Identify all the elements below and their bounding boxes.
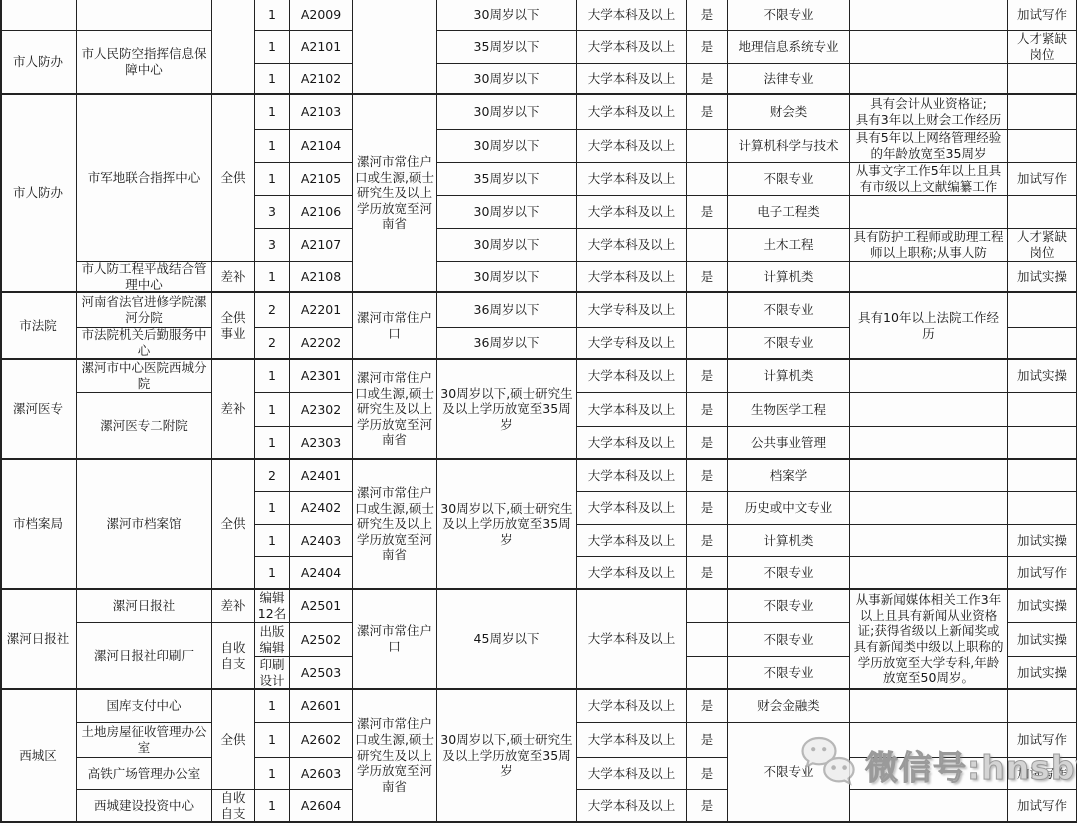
cell-flag: 是 <box>687 95 728 130</box>
cell-code: A2102 <box>290 64 353 95</box>
cell-flag: 是 <box>687 64 728 95</box>
cell-education: 大学本科及以上 <box>577 393 687 427</box>
cell-requirements <box>850 690 1008 723</box>
cell-unit: 市人防工程平战结合管理中心 <box>77 262 212 293</box>
cell-age: 30周岁以下,硕士研究生及以上学历放宽至35周岁 <box>437 360 577 460</box>
cell-household: 漯河市常住户口或生源,硕士研究生及以上学历放宽至河南省 <box>353 95 437 293</box>
cell-note: 加试写作 <box>1008 790 1077 823</box>
cell-unit: 漯河医专二附院 <box>77 393 212 460</box>
cell-requirements: 具有会计从业资格证; 具有3年以上财会工作经历 <box>850 95 1008 130</box>
cell-flag <box>687 229 728 262</box>
cell-requirements <box>850 31 1008 64</box>
cell-code: A2503 <box>290 657 353 690</box>
cell-major: 法律专业 <box>728 64 850 95</box>
cell-major: 土木工程 <box>728 229 850 262</box>
cell-note: 人才紧缺 岗位 <box>1008 229 1077 262</box>
recruitment-table-screenshot: 市人防办市人防办市法院漯河医专市档案局漯河日报社西城区市人民防空指挥信息保障中心… <box>0 0 1077 826</box>
cell-household <box>353 0 437 95</box>
cell-code: A2403 <box>290 525 353 557</box>
cell-education: 大学本科及以上 <box>577 590 687 690</box>
cell-education: 大学本科及以上 <box>577 723 687 758</box>
cell-requirements: 具有防护工程师或助理工程师以上职称;从事人防 <box>850 229 1008 262</box>
cell-code: A2107 <box>290 229 353 262</box>
cell-flag <box>687 623 728 657</box>
cell-age: 30周岁以下 <box>437 262 577 293</box>
cell-count: 2 <box>255 460 290 492</box>
cell-unit: 高铁广场管理办公室 <box>77 758 212 790</box>
cell-funding: 全供 <box>212 460 255 590</box>
cell-unit: 漯河日报社 <box>77 590 212 623</box>
cell-age: 36周岁以下 <box>437 328 577 360</box>
cell-unit: 市人民防空指挥信息保障中心 <box>77 31 212 95</box>
cell-requirements <box>850 790 1008 823</box>
cell-education: 大学本科及以上 <box>577 130 687 163</box>
cell-major: 公共事业管理 <box>728 427 850 460</box>
cell-major: 计算机类 <box>728 525 850 557</box>
cell-education: 大学本科及以上 <box>577 557 687 590</box>
cell-major: 财会类 <box>728 95 850 130</box>
cell-department: 市法院 <box>0 293 77 360</box>
cell-education: 大学本科及以上 <box>577 31 687 64</box>
cell-department: 西城区 <box>0 690 77 823</box>
cell-funding: 全供 <box>212 95 255 262</box>
cell-age: 30周岁以下,硕士研究生及以上学历放宽至35周岁 <box>437 460 577 590</box>
cell-flag: 是 <box>687 557 728 590</box>
cell-code: A2101 <box>290 31 353 64</box>
cell-note <box>1008 95 1077 130</box>
cell-funding: 差补 <box>212 262 255 293</box>
cell-note: 加试实操 <box>1008 360 1077 393</box>
cell-major: 不限专业 <box>728 163 850 196</box>
cell-count: 1 <box>255 130 290 163</box>
cell-requirements <box>850 492 1008 525</box>
cell-major: 不限专业 <box>728 328 850 360</box>
cell-major: 计算机类 <box>728 262 850 293</box>
cell-household: 漯河市常住户口或生源,硕士研究生及以上学历放宽至河南省 <box>353 690 437 823</box>
cell-flag <box>687 590 728 623</box>
cell-flag: 是 <box>687 758 728 790</box>
cell-major: 计算机科学与技术 <box>728 130 850 163</box>
cell-unit: 西城建设投资中心 <box>77 790 212 823</box>
cell-flag: 是 <box>687 525 728 557</box>
cell-count: 1 <box>255 0 290 31</box>
cell-major: 不限专业 <box>728 623 850 657</box>
cell-education: 大学本科及以上 <box>577 64 687 95</box>
cell-education: 大学本科及以上 <box>577 0 687 31</box>
cell-count: 1 <box>255 64 290 95</box>
cell-requirements <box>850 758 1008 790</box>
cell-flag: 是 <box>687 690 728 723</box>
cell-major: 不限专业 <box>728 557 850 590</box>
cell-household: 漯河市常住户口 <box>353 590 437 690</box>
cell-age: 35周岁以下 <box>437 31 577 64</box>
cell-note <box>1008 64 1077 95</box>
cell-code: A2603 <box>290 758 353 790</box>
cell-note: 加试实操 <box>1008 623 1077 657</box>
cell-age: 30周岁以下 <box>437 64 577 95</box>
cell-note <box>1008 328 1077 360</box>
cell-note: 加试实操 <box>1008 262 1077 293</box>
cell-major: 不限专业 <box>728 590 850 623</box>
cell-education: 大学本科及以上 <box>577 229 687 262</box>
cell-education: 大学本科及以上 <box>577 427 687 460</box>
cell-department: 市人防办 <box>0 31 77 95</box>
cell-major: 不限专业 <box>728 657 850 690</box>
cell-major: 档案学 <box>728 460 850 492</box>
cell-major: 电子工程类 <box>728 196 850 229</box>
cell-funding: 自收 自支 <box>212 623 255 690</box>
cell-count: 1 <box>255 393 290 427</box>
cell-flag <box>687 328 728 360</box>
cell-requirements <box>850 557 1008 590</box>
cell-unit: 河南省法官进修学院漯河分院 <box>77 293 212 328</box>
cell-code: A2401 <box>290 460 353 492</box>
cell-code: A2201 <box>290 293 353 328</box>
cell-flag: 是 <box>687 196 728 229</box>
cell-unit: 漯河市中心医院西城分院 <box>77 360 212 393</box>
cell-requirements <box>850 360 1008 393</box>
cell-requirements <box>850 525 1008 557</box>
cell-education: 大学本科及以上 <box>577 492 687 525</box>
cell-requirements <box>850 262 1008 293</box>
cell-major: 生物医学工程 <box>728 393 850 427</box>
cell-funding <box>212 0 255 95</box>
cell-count: 出版 编辑 <box>255 623 290 657</box>
cell-funding: 差补 <box>212 360 255 460</box>
cell-flag <box>687 657 728 690</box>
cell-note <box>1008 293 1077 328</box>
cell-note <box>1008 690 1077 723</box>
cell-count: 1 <box>255 557 290 590</box>
recruitment-table: 市人防办市人防办市法院漯河医专市档案局漯河日报社西城区市人民防空指挥信息保障中心… <box>0 0 1077 823</box>
cell-flag: 是 <box>687 31 728 64</box>
cell-unit: 市法院机关后勤服务中心 <box>77 328 212 360</box>
cell-count: 1 <box>255 492 290 525</box>
cell-flag <box>687 163 728 196</box>
cell-count: 1 <box>255 758 290 790</box>
cell-flag: 是 <box>687 723 728 758</box>
cell-education: 大学专科及以上 <box>577 328 687 360</box>
cell-funding: 自收 自支 <box>212 790 255 823</box>
cell-count: 1 <box>255 723 290 758</box>
cell-household: 漯河市常住户口 <box>353 293 437 360</box>
cell-age: 30周岁以下 <box>437 229 577 262</box>
cell-funding: 差补 <box>212 590 255 623</box>
cell-code: A2103 <box>290 95 353 130</box>
cell-flag: 是 <box>687 492 728 525</box>
cell-count: 印刷 设计 <box>255 657 290 690</box>
cell-education: 大学本科及以上 <box>577 163 687 196</box>
cell-code: A2104 <box>290 130 353 163</box>
cell-household: 漯河市常住户口或生源,硕士研究生及以上学历放宽至河南省 <box>353 360 437 460</box>
cell-count: 1 <box>255 95 290 130</box>
cell-note: 加试写作 <box>1008 0 1077 31</box>
cell-department: 市档案局 <box>0 460 77 590</box>
cell-count: 1 <box>255 262 290 293</box>
cell-code: A2302 <box>290 393 353 427</box>
cell-note <box>1008 492 1077 525</box>
cell-funding: 全供 事业 <box>212 293 255 360</box>
cell-code: A2108 <box>290 262 353 293</box>
cell-code: A2303 <box>290 427 353 460</box>
cell-flag: 是 <box>687 427 728 460</box>
cell-unit: 土地房屋征收管理办公室 <box>77 723 212 758</box>
cell-code: A2602 <box>290 723 353 758</box>
cell-count: 1 <box>255 690 290 723</box>
cell-age: 35周岁以下 <box>437 163 577 196</box>
cell-note: 加试实操 <box>1008 657 1077 690</box>
cell-note: 加试实操 <box>1008 525 1077 557</box>
cell-count: 1 <box>255 427 290 460</box>
cell-major: 计算机类 <box>728 360 850 393</box>
cell-requirements: 具有5年以上网络管理经验的年龄放宽至35周岁 <box>850 130 1008 163</box>
cell-note: 加试写作 <box>1008 723 1077 758</box>
cell-note <box>1008 460 1077 492</box>
cell-age: 45周岁以下 <box>437 590 577 690</box>
cell-age: 30周岁以下 <box>437 0 577 31</box>
cell-code: A2202 <box>290 328 353 360</box>
cell-code: A2402 <box>290 492 353 525</box>
cell-note: 加试实操 <box>1008 590 1077 623</box>
cell-department: 市人防办 <box>0 95 77 293</box>
cell-major: 地理信息系统专业 <box>728 31 850 64</box>
cell-flag: 是 <box>687 393 728 427</box>
cell-count: 3 <box>255 196 290 229</box>
cell-funding: 全供 <box>212 690 255 790</box>
cell-count: 1 <box>255 525 290 557</box>
cell-note: 人才紧缺 岗位 <box>1008 31 1077 64</box>
cell-flag: 是 <box>687 360 728 393</box>
cell-age: 30周岁以下 <box>437 95 577 130</box>
cell-education: 大学本科及以上 <box>577 196 687 229</box>
cell-major: 不限专业 <box>728 723 850 823</box>
cell-note <box>1008 427 1077 460</box>
cell-major: 不限专业 <box>728 0 850 31</box>
cell-requirements <box>850 427 1008 460</box>
cell-note <box>1008 130 1077 163</box>
cell-code: A2604 <box>290 790 353 823</box>
cell-requirements <box>850 196 1008 229</box>
cell-flag: 是 <box>687 0 728 31</box>
cell-count: 1 <box>255 31 290 64</box>
cell-code: A2404 <box>290 557 353 590</box>
cell-note <box>1008 196 1077 229</box>
cell-education: 大学本科及以上 <box>577 790 687 823</box>
cell-code: A2106 <box>290 196 353 229</box>
cell-requirements: 从事新闻媒体相关工作3年以上且具有新闻从业资格证;获得省级以上新闻奖或具有新闻类… <box>850 590 1008 690</box>
cell-age: 30周岁以下,硕士研究生及以上学历放宽至35周岁 <box>437 690 577 823</box>
cell-unit <box>77 0 212 31</box>
cell-education: 大学本科及以上 <box>577 262 687 293</box>
cell-age: 30周岁以下 <box>437 130 577 163</box>
cell-note: 加试写作 <box>1008 557 1077 590</box>
cell-department: 漯河日报社 <box>0 590 77 690</box>
cell-flag: 是 <box>687 790 728 823</box>
cell-code: A2301 <box>290 360 353 393</box>
cell-education: 大学专科及以上 <box>577 293 687 328</box>
cell-code: A2105 <box>290 163 353 196</box>
cell-requirements: 从事文字工作5年以上且具有市级以上文献编纂工作 <box>850 163 1008 196</box>
cell-unit: 市军地联合指挥中心 <box>77 95 212 262</box>
cell-education: 大学本科及以上 <box>577 460 687 492</box>
cell-count: 1 <box>255 163 290 196</box>
cell-education: 大学本科及以上 <box>577 95 687 130</box>
cell-household: 漯河市常住户口或生源,硕士研究生及以上学历放宽至河南省 <box>353 460 437 590</box>
cell-age: 36周岁以下 <box>437 293 577 328</box>
cell-requirements <box>850 0 1008 31</box>
cell-count: 3 <box>255 229 290 262</box>
cell-requirements <box>850 460 1008 492</box>
cell-count: 1 <box>255 790 290 823</box>
cell-code: A2009 <box>290 0 353 31</box>
cell-unit: 漯河日报社印刷厂 <box>77 623 212 690</box>
cell-education: 大学本科及以上 <box>577 360 687 393</box>
cell-flag: 是 <box>687 460 728 492</box>
cell-requirements: 具有10年以上法院工作经历 <box>850 293 1008 360</box>
cell-major: 财会金融类 <box>728 690 850 723</box>
cell-education: 大学本科及以上 <box>577 758 687 790</box>
cell-requirements <box>850 64 1008 95</box>
cell-age: 30周岁以下 <box>437 196 577 229</box>
cell-note: 加试写作 <box>1008 163 1077 196</box>
cell-flag <box>687 293 728 328</box>
cell-code: A2601 <box>290 690 353 723</box>
cell-education: 大学本科及以上 <box>577 690 687 723</box>
cell-major: 不限专业 <box>728 293 850 328</box>
cell-note: 加试写作 <box>1008 758 1077 790</box>
cell-education: 大学本科及以上 <box>577 525 687 557</box>
cell-requirements <box>850 393 1008 427</box>
cell-count: 1 <box>255 360 290 393</box>
cell-department <box>0 0 77 31</box>
cell-count: 编辑 12名 <box>255 590 290 623</box>
cell-flag <box>687 130 728 163</box>
cell-unit: 国库支付中心 <box>77 690 212 723</box>
cell-department: 漯河医专 <box>0 360 77 460</box>
cell-count: 2 <box>255 328 290 360</box>
table-left-border <box>0 0 2 823</box>
cell-note <box>1008 393 1077 427</box>
cell-unit: 漯河市档案馆 <box>77 460 212 590</box>
cell-count: 2 <box>255 293 290 328</box>
cell-flag: 是 <box>687 262 728 293</box>
cell-code: A2501 <box>290 590 353 623</box>
cell-major: 历史或中文专业 <box>728 492 850 525</box>
cell-requirements <box>850 723 1008 758</box>
cell-code: A2502 <box>290 623 353 657</box>
